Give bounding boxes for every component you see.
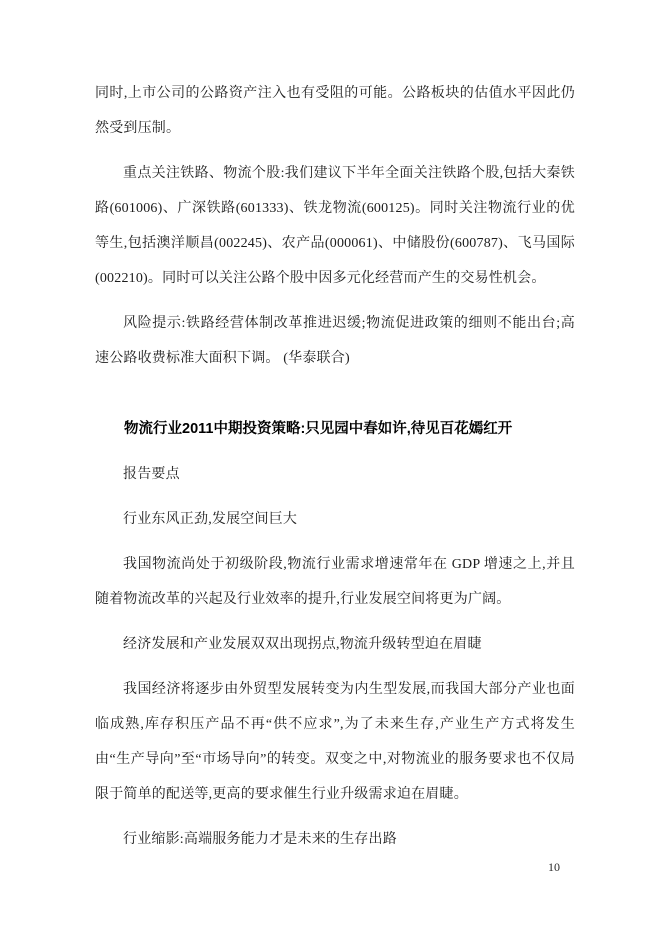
paragraph-road-asset-valuation: 同时,上市公司的公路资产注入也有受阻的可能。公路板块的估值水平因此仍然受到压制。 xyxy=(95,76,575,146)
page-number: 10 xyxy=(548,859,560,875)
paragraph-report-highlights-label: 报告要点 xyxy=(95,457,575,492)
paragraph-economic-transition: 我国经济将逐步由外贸型发展转变为内生型发展,而我国大部分产业也面临成熟,库存积压… xyxy=(95,672,575,812)
paragraph-inflection-point-subtitle: 经济发展和产业发展双双出现拐点,物流升级转型迫在眉睫 xyxy=(95,627,575,662)
document-content: 同时,上市公司的公路资产注入也有受阻的可能。公路板块的估值水平因此仍然受到压制。… xyxy=(95,76,575,867)
document-page: 同时,上市公司的公路资产注入也有受阻的可能。公路板块的估值水平因此仍然受到压制。… xyxy=(0,0,661,935)
paragraph-risk-notice: 风险提示:铁路经营体制改革推进迟缓;物流促进政策的细则不能出台;高速公路收费标准… xyxy=(95,306,575,376)
report-title: 物流行业2011中期投资策略:只见园中春如许,待见百花嫣红开 xyxy=(95,412,575,447)
paragraph-industry-snapshot-subtitle: 行业缩影:高端服务能力才是未来的生存出路 xyxy=(95,822,575,857)
paragraph-logistics-gdp-growth: 我国物流尚处于初级阶段,物流行业需求增速常年在 GDP 增速之上,并且随着物流改… xyxy=(95,547,575,617)
paragraph-industry-tailwind-subtitle: 行业东风正劲,发展空间巨大 xyxy=(95,502,575,537)
paragraph-rail-logistics-stock-picks: 重点关注铁路、物流个股:我们建议下半年全面关注铁路个股,包括大秦铁路(60100… xyxy=(95,156,575,296)
